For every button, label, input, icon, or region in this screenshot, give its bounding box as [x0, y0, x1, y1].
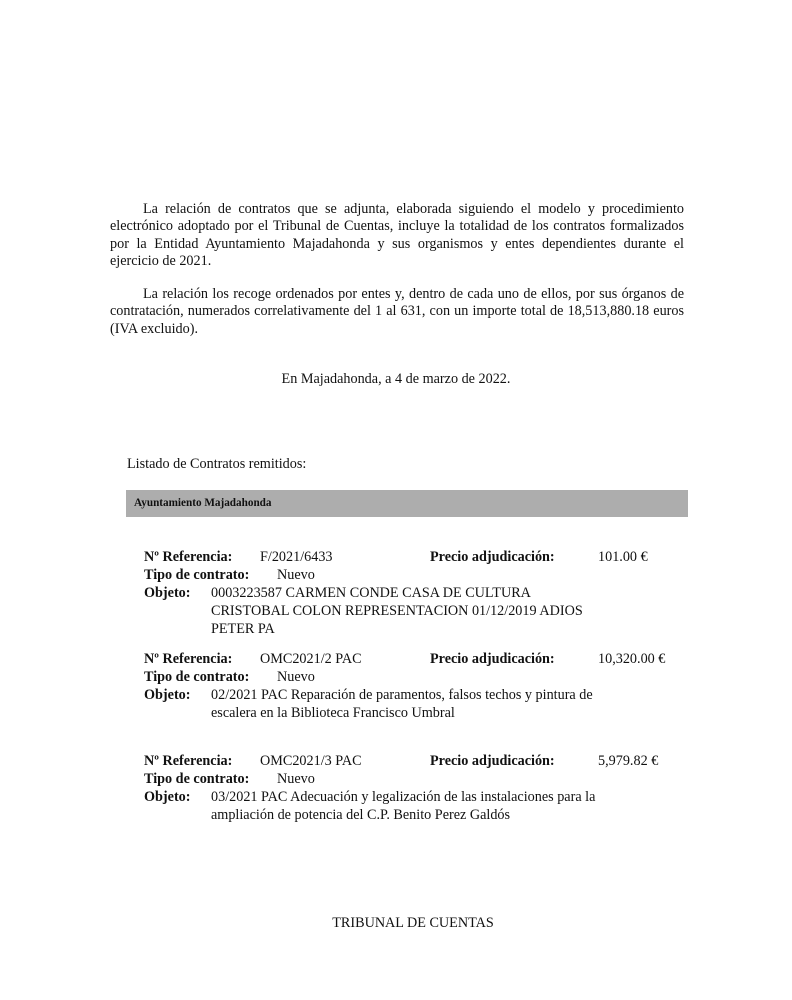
price-label: Precio adjudicación:: [430, 752, 555, 770]
object-row: Objeto: 03/2021 PAC Adecuación y legaliz…: [144, 788, 684, 806]
price-value: 5,979.82 €: [598, 752, 658, 770]
reference-price-row: Nº Referencia: F/2021/6433 Precio adjudi…: [144, 548, 684, 566]
document-page: La relación de contratos que se adjunta,…: [0, 0, 792, 1000]
intro-paragraph-2: La relación los recoge ordenados por ent…: [110, 286, 684, 338]
reference-value: OMC2021/3 PAC: [260, 752, 362, 770]
object-value: 02/2021 PAC Reparación de paramentos, fa…: [211, 686, 611, 722]
reference-price-row: Nº Referencia: OMC2021/2 PAC Precio adju…: [144, 650, 684, 668]
contract-entry: Nº Referencia: F/2021/6433 Precio adjudi…: [144, 548, 684, 602]
reference-value: OMC2021/2 PAC: [260, 650, 362, 668]
reference-label: Nº Referencia:: [144, 548, 232, 566]
type-row: Tipo de contrato: Nuevo: [144, 566, 684, 584]
type-label: Tipo de contrato:: [144, 566, 249, 584]
entity-header-bar: Ayuntamiento Majadahonda: [126, 490, 688, 517]
type-row: Tipo de contrato: Nuevo: [144, 770, 684, 788]
listing-title: Listado de Contratos remitidos:: [127, 456, 306, 473]
type-row: Tipo de contrato: Nuevo: [144, 668, 684, 686]
place-date: En Majadahonda, a 4 de marzo de 2022.: [0, 371, 792, 388]
page-footer: TRIBUNAL DE CUENTAS: [0, 915, 792, 932]
price-value: 10,320.00 €: [598, 650, 665, 668]
object-label: Objeto:: [144, 788, 191, 806]
type-label: Tipo de contrato:: [144, 668, 249, 686]
reference-price-row: Nº Referencia: OMC2021/3 PAC Precio adju…: [144, 752, 684, 770]
reference-value: F/2021/6433: [260, 548, 333, 566]
price-label: Precio adjudicación:: [430, 548, 555, 566]
contract-entry: Nº Referencia: OMC2021/2 PAC Precio adju…: [144, 650, 684, 704]
intro-paragraph-1: La relación de contratos que se adjunta,…: [110, 201, 684, 271]
type-value: Nuevo: [277, 770, 315, 788]
type-label: Tipo de contrato:: [144, 770, 249, 788]
reference-label: Nº Referencia:: [144, 650, 232, 668]
object-row: Objeto: 0003223587 CARMEN CONDE CASA DE …: [144, 584, 684, 602]
object-value: 0003223587 CARMEN CONDE CASA DE CULTURA …: [211, 584, 611, 638]
type-value: Nuevo: [277, 668, 315, 686]
object-row: Objeto: 02/2021 PAC Reparación de parame…: [144, 686, 684, 704]
object-label: Objeto:: [144, 584, 191, 602]
object-value: 03/2021 PAC Adecuación y legalización de…: [211, 788, 611, 824]
price-value: 101.00 €: [598, 548, 648, 566]
contract-entry: Nº Referencia: OMC2021/3 PAC Precio adju…: [144, 752, 684, 806]
price-label: Precio adjudicación:: [430, 650, 555, 668]
type-value: Nuevo: [277, 566, 315, 584]
object-label: Objeto:: [144, 686, 191, 704]
reference-label: Nº Referencia:: [144, 752, 232, 770]
